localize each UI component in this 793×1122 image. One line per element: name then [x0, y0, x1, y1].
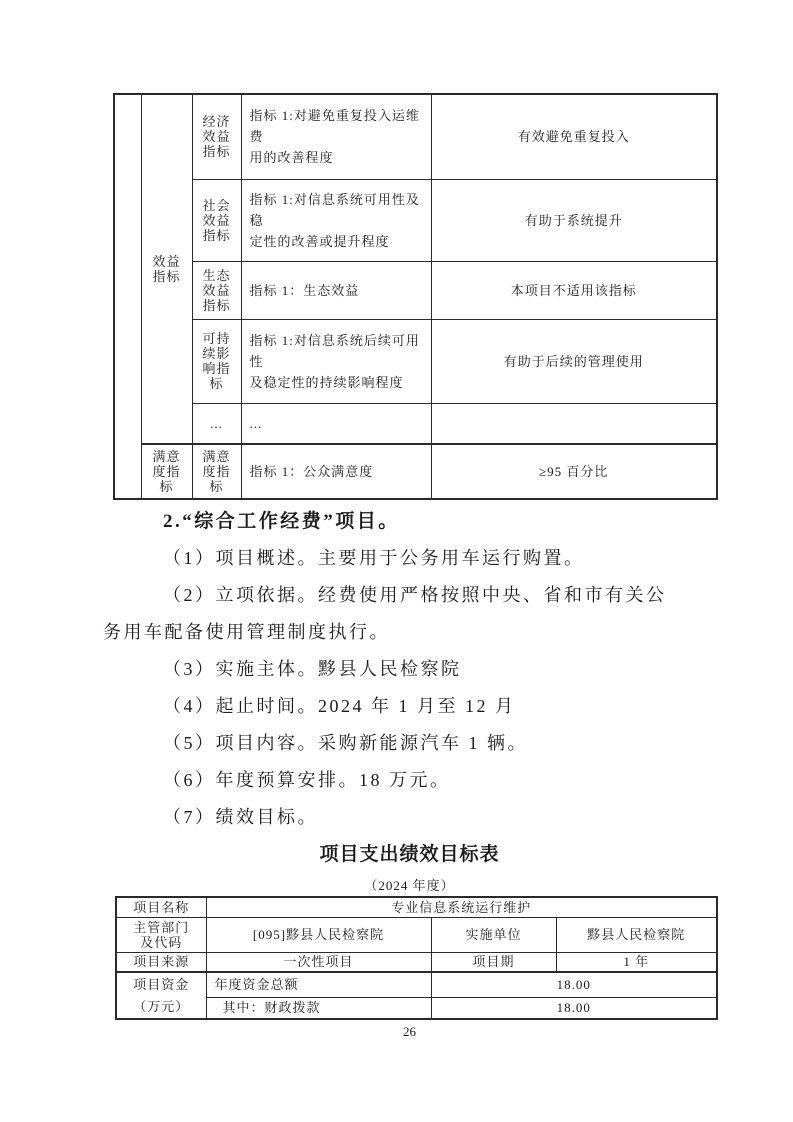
satisfaction-group-cell: 满意 度指 标: [141, 444, 192, 499]
category-cell: 经济 效益 指标: [192, 94, 241, 179]
table-row: 项目来源 一次性项目 项目期 1 年: [116, 952, 717, 972]
indicator-cell: 指标 1:对信息系统可用性及稳 定性的改善或提升程度: [241, 179, 431, 261]
fund-total-value: 18.00: [431, 972, 717, 997]
category-cell: 生态 效益 指标: [192, 261, 241, 319]
impl-unit-label: 实施单位: [431, 917, 556, 952]
indicator-cell: 指标 1:对信息系统后续可用性 及稳定性的持续影响程度: [241, 319, 431, 403]
fund-total-label: 年度资金总额: [206, 972, 431, 997]
dept-label: 主管部门 及代码: [116, 917, 206, 952]
table-row: 生态 效益 指标 指标 1：生态效益 本项目不适用该指标: [114, 261, 717, 319]
paragraph-overview: （1）项目概述。主要用于公务用车运行购置。: [103, 540, 716, 577]
source-value: 一次性项目: [206, 952, 431, 972]
target-cell: 本项目不适用该指标: [431, 261, 717, 319]
paragraph-duration: （4）起止时间。2024 年 1 月至 12 月: [103, 688, 716, 725]
indicator-cell: 指标 1:对避免重复投入运维费 用的改善程度: [241, 94, 431, 179]
indicator-cell: 指标 1：生态效益: [241, 261, 431, 319]
fund-fiscal-value: 18.00: [431, 997, 717, 1019]
period-value: 1 年: [556, 952, 717, 972]
page-number: 26: [103, 1024, 716, 1040]
table-row: 其中：财政拨款 18.00: [116, 997, 717, 1019]
performance-indicator-table: 效益 指标 经济 效益 指标 指标 1:对避免重复投入运维费 用的改善程度 有效…: [113, 93, 718, 500]
indicator-cell: ...: [241, 403, 431, 444]
target-cell: ≥95 百分比: [431, 444, 717, 499]
target-cell: 有效避免重复投入: [431, 94, 717, 179]
paragraph-implementer: （3）实施主体。黟县人民检察院: [103, 651, 716, 688]
fund-label: 项目资金 （万元）: [116, 972, 206, 1019]
goal-table: 项目名称 专业信息系统运行维护 主管部门 及代码 [095]黟县人民检察院 实施…: [115, 896, 718, 1020]
document-page: 效益 指标 经济 效益 指标 指标 1:对避免重复投入运维费 用的改善程度 有效…: [0, 0, 793, 1122]
table-row: ... ...: [114, 403, 717, 444]
table-row: 可持 续影 响指 标 指标 1:对信息系统后续可用性 及稳定性的持续影响程度 有…: [114, 319, 717, 403]
goal-table-title: 项目支出绩效目标表: [103, 839, 716, 866]
source-label: 项目来源: [116, 952, 206, 972]
target-cell: 有助于系统提升: [431, 179, 717, 261]
table-row: 社会 效益 指标 指标 1:对信息系统可用性及稳 定性的改善或提升程度 有助于系…: [114, 179, 717, 261]
table-row: 效益 指标 经济 效益 指标 指标 1:对避免重复投入运维费 用的改善程度 有效…: [114, 94, 717, 179]
indicator-cell: 指标 1：公众满意度: [241, 444, 431, 499]
table-row: 项目资金 （万元） 年度资金总额 18.00: [116, 972, 717, 997]
category-cell: 社会 效益 指标: [192, 179, 241, 261]
category-cell: ...: [192, 403, 241, 444]
left-spanner-cell: [114, 94, 141, 499]
table-row: 项目名称 专业信息系统运行维护: [116, 897, 717, 917]
paragraph-content: （5）项目内容。采购新能源汽车 1 辆。: [103, 725, 716, 762]
fund-fiscal-label: 其中：财政拨款: [206, 997, 431, 1019]
project-name-value: 专业信息系统运行维护: [206, 897, 717, 917]
dept-value: [095]黟县人民检察院: [206, 917, 431, 952]
goal-table-subtitle: （2024 年度）: [103, 875, 716, 894]
paragraph-goal: （7）绩效目标。: [103, 799, 716, 836]
project-name-label: 项目名称: [116, 897, 206, 917]
paragraph-basis: （2）立项依据。经费使用严格按照中央、省和市有关公 务用车配备使用管理制度执行。: [103, 577, 716, 651]
category-cell: 可持 续影 响指 标: [192, 319, 241, 403]
section-body: 2.“综合工作经费”项目。 （1）项目概述。主要用于公务用车运行购置。 （2）立…: [103, 503, 716, 836]
period-label: 项目期: [431, 952, 556, 972]
category-cell: 满意 度指 标: [192, 444, 241, 499]
benefit-group-cell: 效益 指标: [141, 94, 192, 444]
impl-unit-value: 黟县人民检察院: [556, 917, 717, 952]
target-cell: [431, 403, 717, 444]
table-row: 满意 度指 标 满意 度指 标 指标 1：公众满意度 ≥95 百分比: [114, 444, 717, 499]
table-row: 主管部门 及代码 [095]黟县人民检察院 实施单位 黟县人民检察院: [116, 917, 717, 952]
paragraph-budget: （6）年度预算安排。18 万元。: [103, 762, 716, 799]
target-cell: 有助于后续的管理使用: [431, 319, 717, 403]
section-heading: 2.“综合工作经费”项目。: [103, 503, 716, 540]
